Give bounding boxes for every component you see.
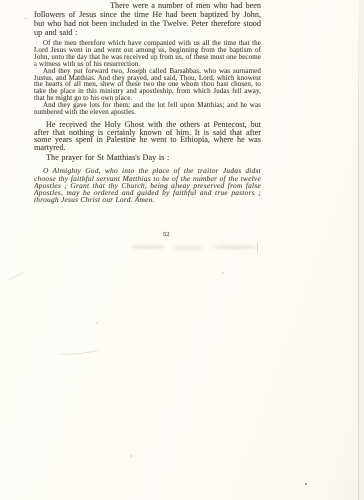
prayer-intro-line: The prayer for St Matthias's Day is :: [34, 154, 261, 162]
ink-speck: [130, 455, 132, 457]
ghost-tick-mark: [257, 243, 258, 252]
page-edge-line: [358, 0, 359, 500]
paper-crease: [36, 24, 37, 82]
ink-speck: [23, 18, 29, 19]
book-page-scan: There were a number of men who had been …: [0, 0, 364, 500]
scratch-mark: [57, 344, 103, 355]
ink-speck: [222, 272, 224, 274]
prayer-text: O Almighty God, who into the place of th…: [34, 167, 261, 202]
ink-speck: [96, 322, 98, 324]
text-column: There were a number of men who had been …: [34, 1, 261, 203]
scripture-quote-block: Of the men therefore which have companie…: [34, 40, 261, 116]
smudge-mark: [172, 246, 204, 250]
smudge-mark: [212, 245, 256, 249]
page-edge-strip: [359, 0, 364, 500]
ink-speck: [35, 50, 37, 53]
scripture-quote-paragraph-3: And they gave lots for them; and the lot…: [34, 102, 261, 116]
smudge-mark: [131, 245, 165, 249]
ink-speck: [305, 483, 307, 485]
scripture-quote-paragraph-2: And they put forward two, Joseph called …: [34, 68, 261, 103]
body-paragraph: He received the Holy Ghost with the othe…: [34, 121, 261, 152]
page-number: 52: [163, 231, 170, 238]
intro-paragraph: There were a number of men who had been …: [34, 1, 261, 37]
scripture-quote-paragraph-1: Of the men therefore which have companie…: [34, 40, 261, 68]
scratch-mark: [8, 272, 23, 281]
